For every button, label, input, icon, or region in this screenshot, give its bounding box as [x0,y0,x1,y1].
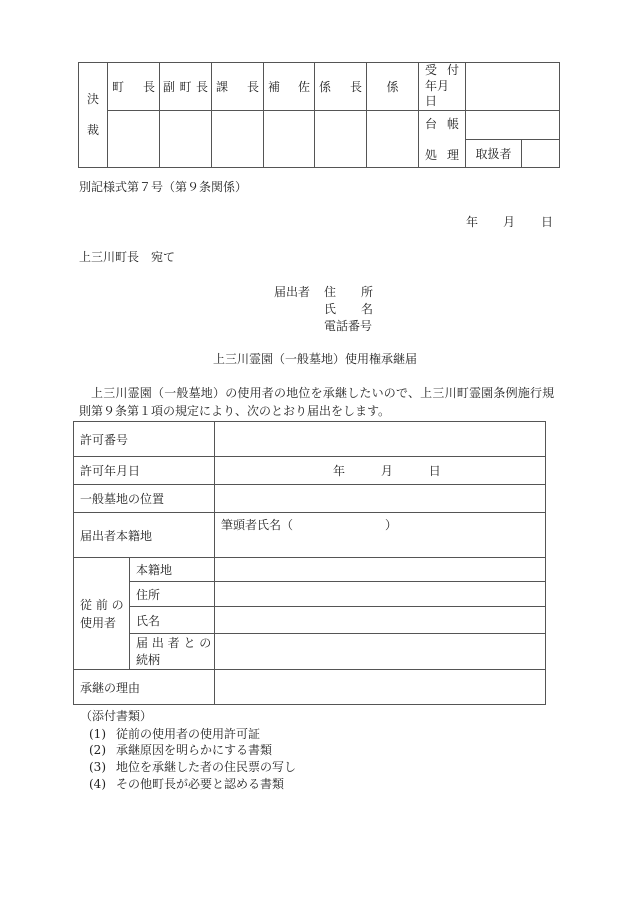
prev-address-field[interactable] [215,582,546,607]
stamp-section-chief[interactable] [212,110,264,167]
prev-name-label: 氏名 [130,607,215,634]
body-text-line1: 上三川霊園（一般墓地）の使用者の地位を承継したいので、上三川町霊園条例施行規 [91,387,554,399]
permit-date-label: 許可年月日 [74,457,215,485]
applicant-name-label-b: 名 [361,303,373,315]
permit-number-label: 許可番号 [74,422,215,457]
domicile-label: 届出者本籍地 [74,513,215,558]
attachment-item: (2)承継原因を明らかにする書類 [89,744,272,756]
applicant-prefix: 届出者 [274,286,310,298]
handler-field[interactable] [522,139,560,167]
prev-name-field[interactable] [215,607,546,634]
attachments-heading: （添付書類） [80,710,152,722]
relation-label: 届 出 者 と の 続柄 [130,634,215,670]
attachment-item: (4)その他町長が必要と認める書類 [89,778,284,790]
header-staff: 係 [367,63,419,111]
stamp-mayor[interactable] [108,110,160,167]
prev-domicile-label: 本籍地 [130,558,215,582]
body-text-line2: 則第９条第１項の規定により、次のとおり届出をします。 [79,405,390,417]
header-mayor: 町長 [108,63,160,111]
form-number: 別記様式第７号（第９条関係） [79,181,247,193]
ledger-processing-label: 台帳 処理 [419,110,466,167]
location-label: 一般墓地の位置 [74,485,215,513]
reason-field[interactable] [215,670,546,705]
date-day: 日 [541,216,553,228]
stamp-subsection-chief[interactable] [315,110,367,167]
location-field[interactable] [215,485,546,513]
document-title: 上三川霊園（一般墓地）使用権承継届 [213,353,417,365]
stamp-staff[interactable] [367,110,419,167]
stamp-deputy-mayor[interactable] [160,110,212,167]
header-section-chief: 課長 [212,63,264,111]
domicile-field[interactable]: 筆頭者氏名（） [215,513,546,558]
prev-address-label: 住所 [130,582,215,607]
ledger-field[interactable] [466,110,560,139]
permit-date-field[interactable]: 年 月 日 [215,457,546,485]
previous-user-label: 従 前 の 使用者 [74,558,130,670]
applicant-name-label-a: 氏 [324,303,336,315]
reason-label: 承継の理由 [74,670,215,705]
stamp-assistant[interactable] [264,110,315,167]
applicant-address-label-a: 住 [324,286,336,298]
permit-number-field[interactable] [215,422,546,457]
header-assistant: 補佐 [264,63,315,111]
handler-label: 取扱者 [466,139,522,167]
header-subsection-chief: 係長 [315,63,367,111]
attachment-item: (3)地位を承継した者の住民票の写し [89,761,296,773]
header-deputy-mayor: 副町長 [160,63,212,111]
prev-domicile-field[interactable] [215,558,546,582]
attachment-item: (1)従前の使用者の使用許可証 [89,728,260,740]
approval-table: 決 裁 町長 副町長 課長 補佐 係長 係 受付 年月日 台帳 処理 取扱者 [78,62,560,168]
succession-form-table: 許可番号 許可年月日 年 月 日 一般墓地の位置 届出者本籍地 筆頭者氏名（） … [73,421,546,705]
addressee: 上三川町長 宛て [79,251,175,263]
date-year: 年 [466,216,478,228]
receipt-date-field[interactable] [466,63,560,111]
approval-side-label: 決 裁 [79,63,108,168]
receipt-date-label: 受付 年月日 [419,63,466,111]
applicant-phone-label: 電話番号 [324,320,372,332]
relation-field[interactable] [215,634,546,670]
applicant-address-label-b: 所 [361,286,373,298]
date-month: 月 [503,216,515,228]
